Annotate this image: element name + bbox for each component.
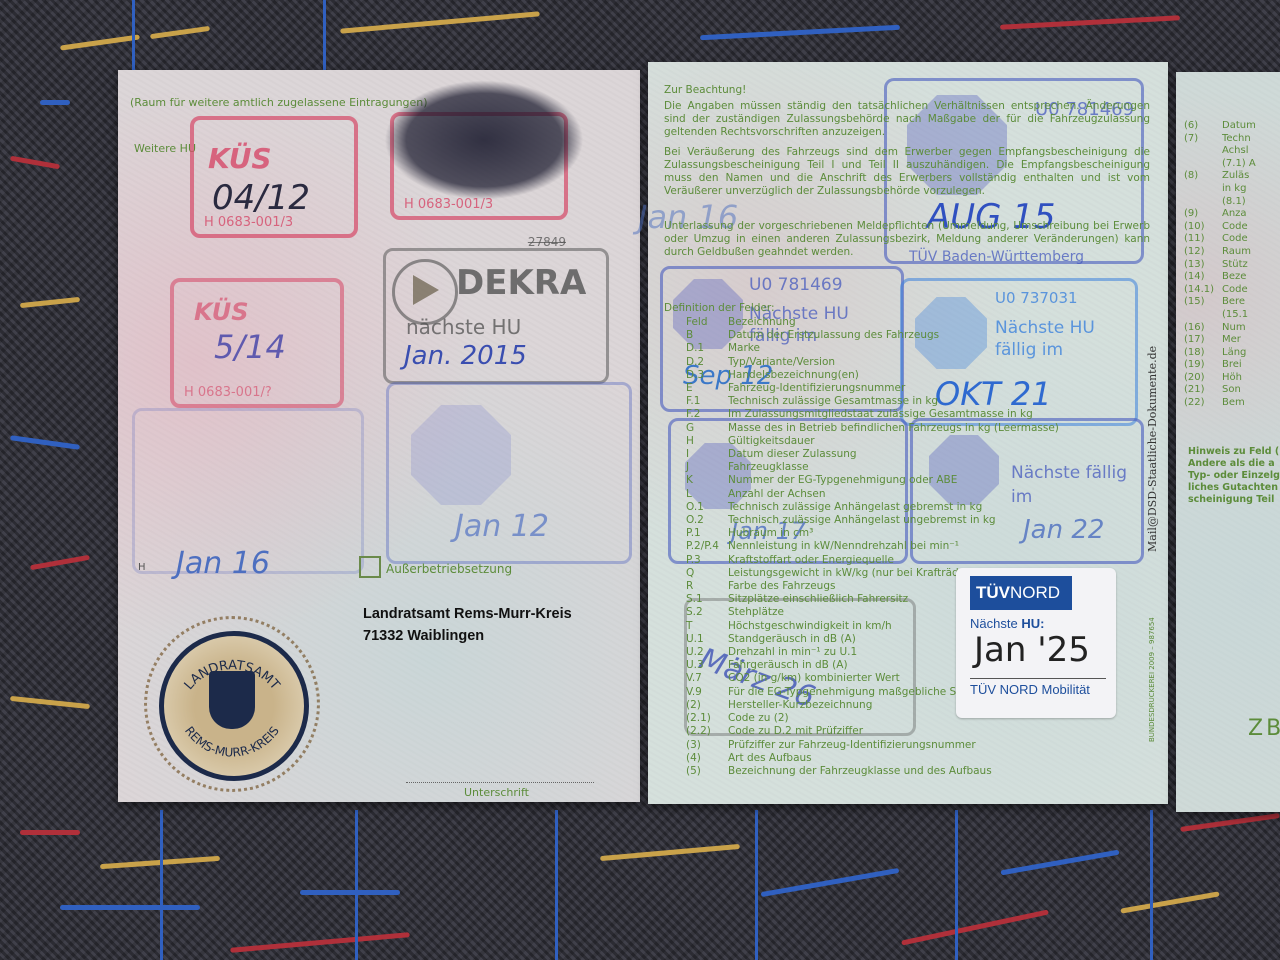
note-line: Typ- oder Einzelg bbox=[1188, 470, 1280, 482]
field-row: (14)Beze bbox=[1176, 271, 1256, 284]
svg-text:REMS-MURR-KREIS: REMS-MURR-KREIS bbox=[182, 724, 282, 760]
signature-label: Unterschrift bbox=[464, 786, 529, 799]
sticker-footer: TÜV NORD Mobilität bbox=[970, 682, 1090, 697]
notice-title: Zur Beachtung! bbox=[664, 84, 746, 96]
field-row: (14.1)Code bbox=[1176, 284, 1256, 297]
field-row: (10)Code bbox=[1176, 221, 1256, 234]
notice-paragraph-3: Unterlassung der vorgeschriebenen Meldep… bbox=[664, 220, 1150, 259]
definition-row: O.1Technisch zulässige Anhängelast gebre… bbox=[686, 501, 1059, 514]
field-list-right: (6)Datum(7)TechnAchsl(7.1) A(8)Zuläsin k… bbox=[1176, 120, 1256, 410]
dekra-stamp: DEKRA 27849 nächste HU Jan. 2015 bbox=[383, 248, 609, 384]
kus-stamp-1: KÜS H 0683-001/3 04/12 bbox=[190, 116, 358, 238]
field-row: (22)Bem bbox=[1176, 397, 1256, 410]
definition-row: P.3Kraftstoffart oder Energiequelle bbox=[686, 554, 1059, 567]
seal-top-text: LANDRATSAMT bbox=[182, 658, 283, 693]
notice-paragraph-1: Die Angaben müssen ständig den tatsächli… bbox=[664, 100, 1150, 139]
field-row: (17)Mer bbox=[1176, 334, 1256, 347]
handwritten-date: 04/12 bbox=[212, 178, 310, 218]
decommission-label: Außerbetriebsetzung bbox=[386, 562, 512, 576]
field-row: (8)Zuläs bbox=[1176, 170, 1256, 183]
field-row: (18)Läng bbox=[1176, 347, 1256, 360]
definitions-header: Feld Bezeichnung bbox=[686, 316, 1059, 329]
side-printer: BUNDESDRUCKEREI 2009 – 987654 bbox=[1148, 617, 1156, 742]
field-row: (12)Raum bbox=[1176, 246, 1256, 259]
field-h-label: H bbox=[138, 562, 146, 573]
field-row: in kg bbox=[1176, 183, 1256, 196]
field-row: (19)Brei bbox=[1176, 359, 1256, 372]
sticker-hu-date: Jan '25 bbox=[974, 630, 1090, 670]
kus-stamp-2: H 0683-001/3 bbox=[390, 112, 568, 220]
signature-line bbox=[406, 782, 594, 783]
field-row: (21)Son bbox=[1176, 384, 1256, 397]
tuv-stamp-faded: Jan 12 bbox=[386, 382, 632, 564]
field-row: Achsl bbox=[1176, 145, 1256, 158]
definition-row: (4)Art des Aufbaus bbox=[686, 752, 1059, 765]
official-seal: LANDRATSAMT REMS-MURR-KREIS bbox=[144, 616, 320, 792]
handwritten-date: Jan. 2015 bbox=[404, 341, 527, 371]
definition-row: F.1Technisch zulässige Gesamtmasse in kg bbox=[686, 395, 1059, 408]
definition-row: D.2Typ/Variante/Version bbox=[686, 356, 1059, 369]
side-email: Mail@DSD-Staatliche-Dokumente.de bbox=[1146, 346, 1159, 552]
note-line: Hinweis zu Feld ( bbox=[1188, 446, 1280, 458]
definition-row: KNummer der EG-Typgenehmigung oder ABE bbox=[686, 474, 1059, 487]
note-line: Andere als die a bbox=[1188, 458, 1280, 470]
field-row: (11)Code bbox=[1176, 233, 1256, 246]
definition-row: JFahrzeugklasse bbox=[686, 461, 1059, 474]
definition-row: F.2Im Zulassungsmitgliedstaat zulässige … bbox=[686, 408, 1059, 421]
field-row: (15.1 bbox=[1176, 309, 1256, 322]
field-row: (16)Num bbox=[1176, 322, 1256, 335]
definition-row: IDatum dieser Zulassung bbox=[686, 448, 1059, 461]
field-row: (20)Höh bbox=[1176, 372, 1256, 385]
field-row: (8.1) bbox=[1176, 196, 1256, 209]
definition-row: (3)Prüfziffer zur Fahrzeug-Identifizieru… bbox=[686, 739, 1059, 752]
handwritten-date: 5/14 bbox=[214, 328, 286, 366]
footer-mark: ZBI bbox=[1248, 716, 1280, 741]
field-h-value: Jan 16 bbox=[176, 546, 270, 581]
definition-row: O.2Technisch zulässige Anhängelast ungeb… bbox=[686, 514, 1059, 527]
notice-paragraph-2: Bei Veräußerung des Fahrzeugs sind dem E… bbox=[664, 146, 1150, 198]
field-row: (7.1) A bbox=[1176, 158, 1256, 171]
note-line: liches Gutachten bbox=[1188, 482, 1280, 494]
hint-note: Hinweis zu Feld (Andere als die aTyp- od… bbox=[1188, 446, 1280, 506]
authority-name: Landratsamt Rems-Murr-Kreis bbox=[363, 606, 572, 622]
definition-row: LAnzahl der Achsen bbox=[686, 488, 1059, 501]
tuv-nord-sticker: TÜVNORD Nächste HU: Jan '25 TÜV NORD Mob… bbox=[956, 568, 1116, 718]
tuv-octagon-icon bbox=[411, 405, 511, 505]
note-line: scheinigung Teil bbox=[1188, 494, 1280, 506]
kus-stamp-3: KÜS H 0683-001/? 5/14 bbox=[170, 278, 344, 408]
svg-text:LANDRATSAMT: LANDRATSAMT bbox=[182, 658, 283, 693]
seal-bottom-text: REMS-MURR-KREIS bbox=[182, 724, 282, 760]
field-row: (13)Stütz bbox=[1176, 259, 1256, 272]
right-page: (6)Datum(7)TechnAchsl(7.1) A(8)Zuläsin k… bbox=[1176, 72, 1280, 812]
section-label-weitere-hu: Weitere HU bbox=[134, 142, 196, 155]
definition-row: P.2/P.4Nennleistung in kW/Nenndrehzahl b… bbox=[686, 540, 1059, 553]
tuv-nord-logo: TÜVNORD bbox=[970, 576, 1072, 610]
left-page: (Raum für weitere amtlich zugelassene Ei… bbox=[118, 70, 640, 802]
header-note: (Raum für weitere amtlich zugelassene Ei… bbox=[130, 96, 428, 109]
definition-row: D.3Handelsbezeichnung(en) bbox=[686, 369, 1059, 382]
authority-address: 71332 Waiblingen bbox=[363, 628, 484, 644]
handwritten-date: Jan 12 bbox=[455, 509, 549, 544]
definition-row: BDatum der Erstzulassung des Fahrzeugs bbox=[686, 329, 1059, 342]
field-row: (7)Techn bbox=[1176, 133, 1256, 146]
definition-row: P.1Hubraum in cm³ bbox=[686, 527, 1059, 540]
middle-page: U0 781469 AUG 15 TÜV Baden-Württemberg U… bbox=[648, 62, 1168, 804]
definition-row: GMasse des in Betrieb befindlichen Fahrz… bbox=[686, 422, 1059, 435]
field-row: (9)Anza bbox=[1176, 208, 1256, 221]
definition-row: (2.2)Code zu D.2 mit Prüfziffer bbox=[686, 725, 1059, 738]
definition-row: HGültigkeitsdauer bbox=[686, 435, 1059, 448]
decommission-checkbox[interactable] bbox=[359, 556, 381, 578]
definitions-title: Definition der Felder: bbox=[664, 302, 775, 314]
marker-blackout bbox=[384, 80, 584, 200]
field-row: (6)Datum bbox=[1176, 120, 1256, 133]
definition-row: EFahrzeug-Identifizierungsnummer bbox=[686, 382, 1059, 395]
field-row: (15)Bere bbox=[1176, 296, 1256, 309]
definition-row: D.1Marke bbox=[686, 342, 1059, 355]
definition-row: (5)Bezeichnung der Fahrzeugklasse und de… bbox=[686, 765, 1059, 778]
